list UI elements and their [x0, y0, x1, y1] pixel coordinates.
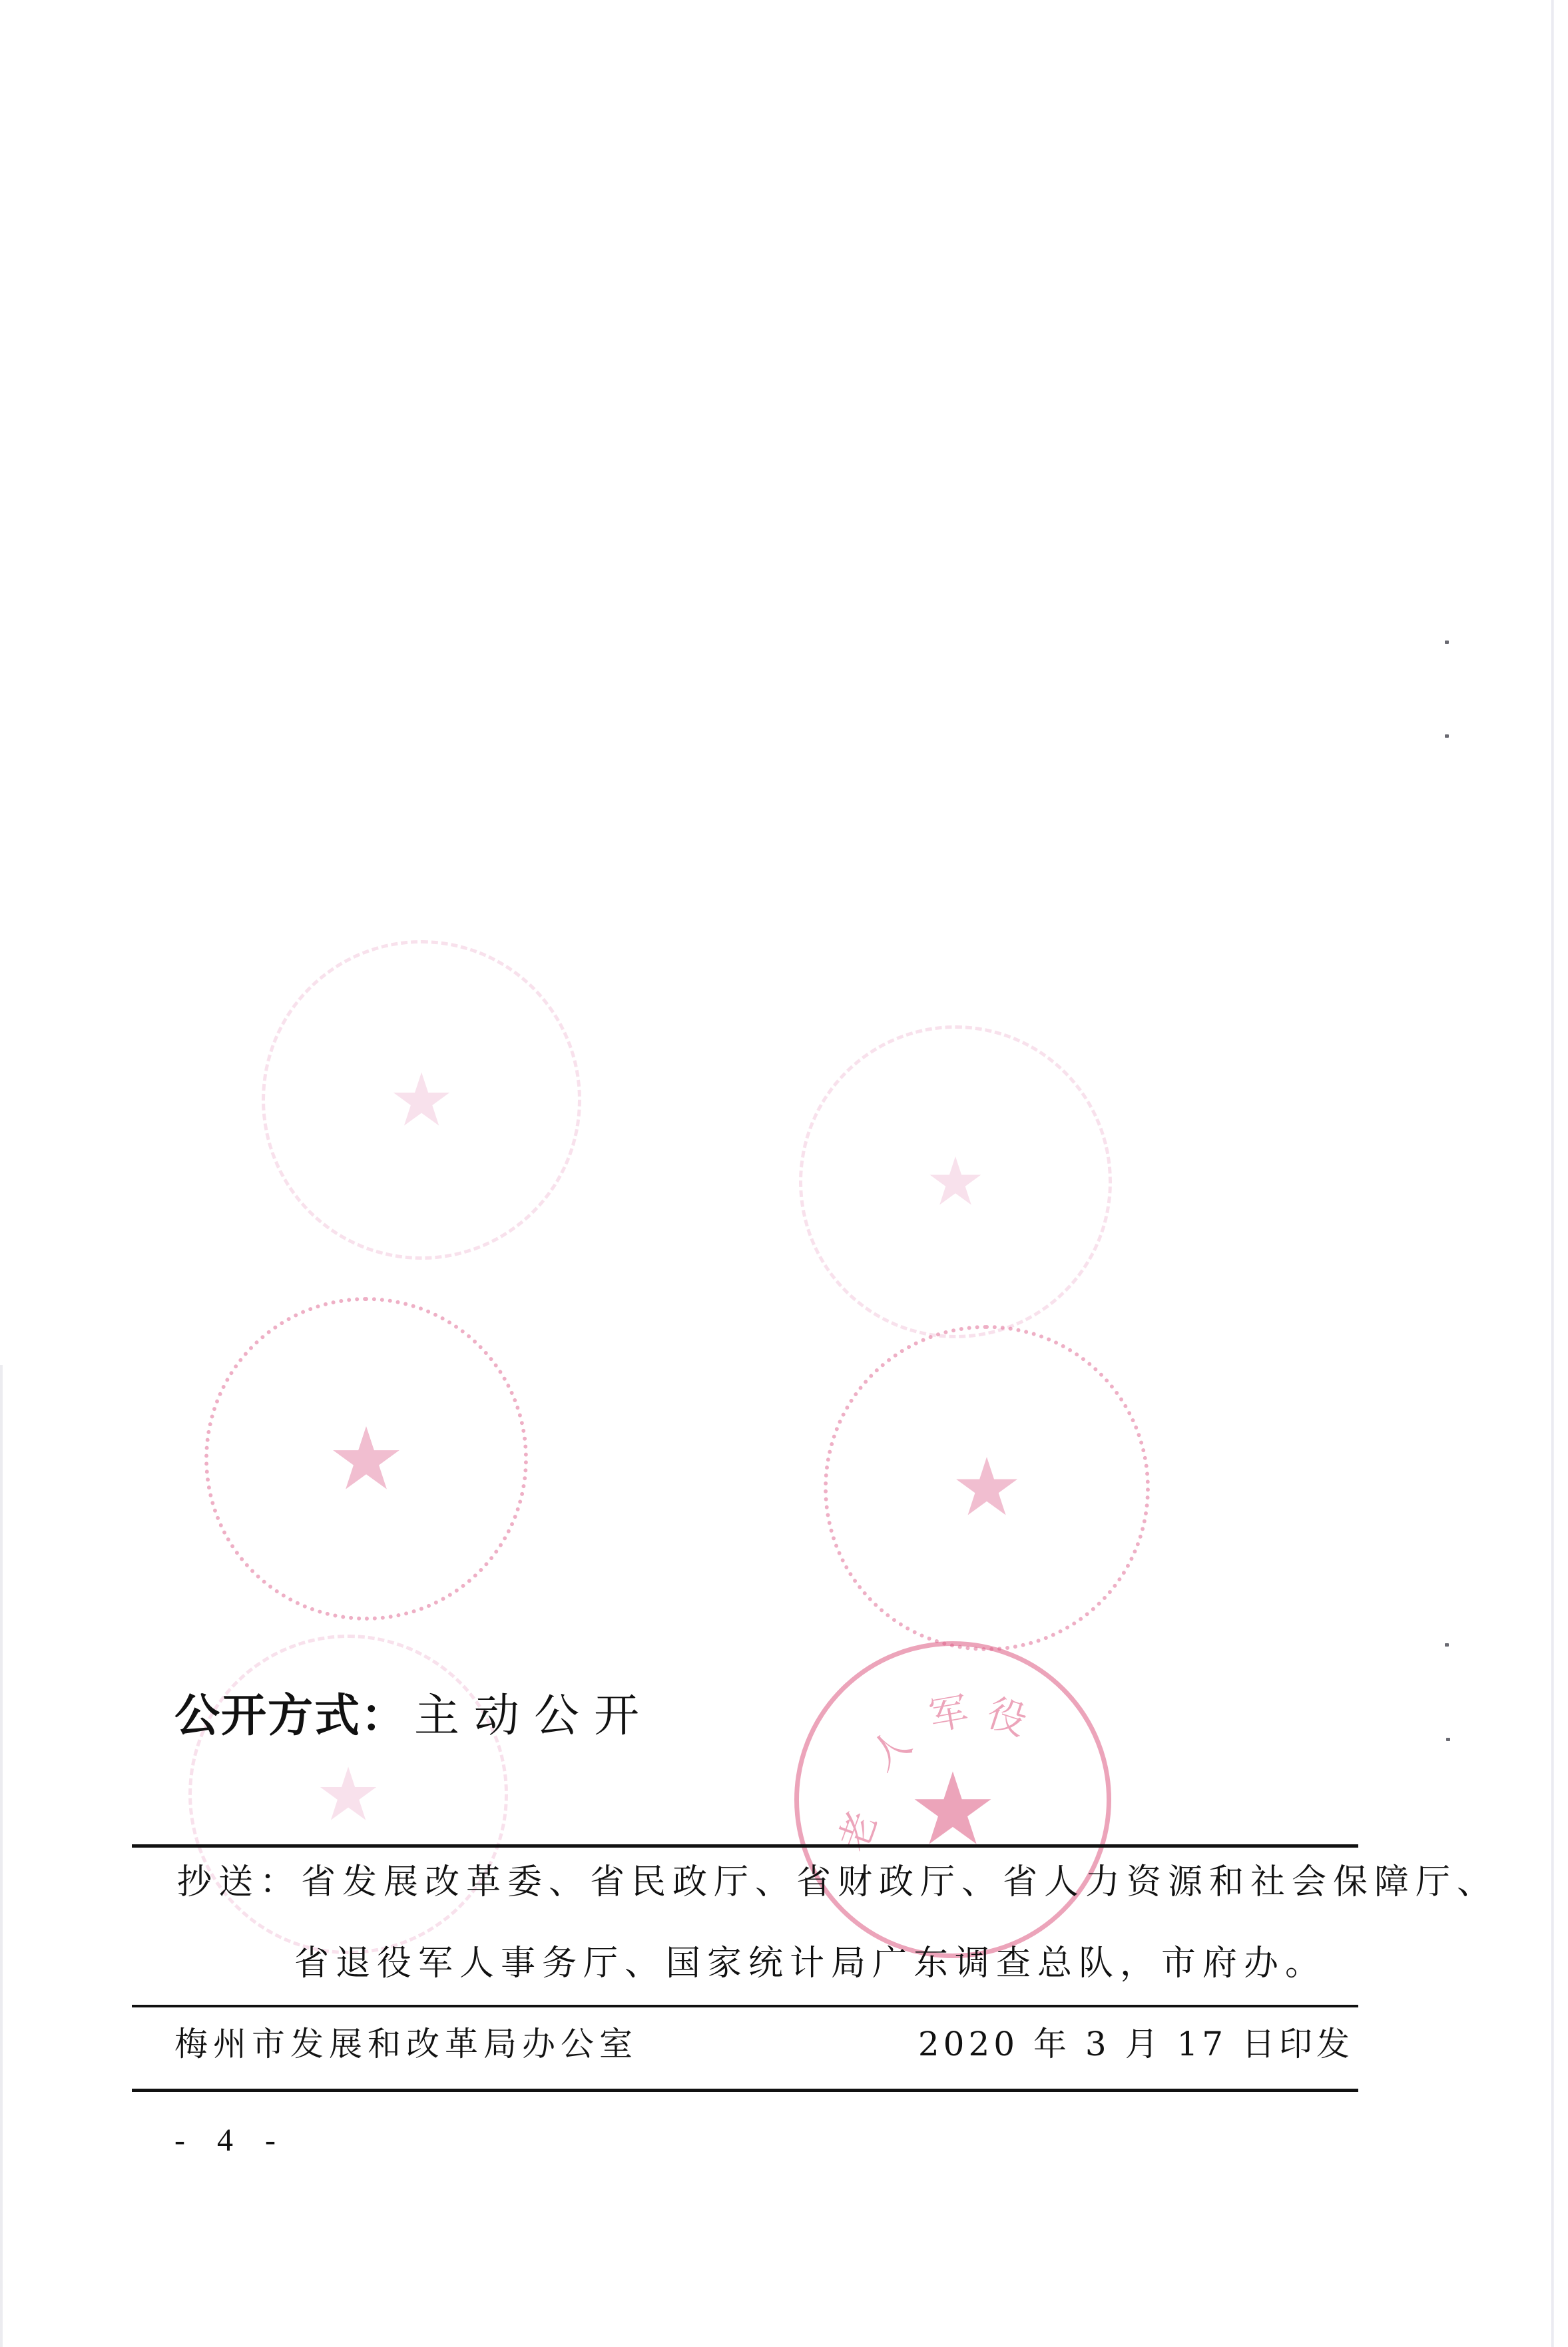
divider-middle — [132, 2005, 1358, 2007]
seal-char: 军 — [924, 1680, 972, 1742]
disclosure-label: 公开方式： — [174, 1690, 407, 1742]
divider-top — [132, 1844, 1358, 1848]
disclosure-value: 主动公开 — [414, 1690, 654, 1742]
scan-mark — [1446, 1738, 1450, 1741]
scan-mark — [1445, 641, 1449, 644]
issuing-office: 梅州市发展和改革局办公室 — [174, 2021, 638, 2067]
official-seal: ★ — [204, 1297, 528, 1621]
official-seal: ★ — [262, 940, 581, 1260]
cc-recipients-line-2: 省退役军人事务厅、国家统计局广东调查总队，市府办。 — [294, 1940, 1326, 1987]
page-number: - 4 - — [174, 2117, 288, 2164]
seal-char: 役 — [981, 1681, 1035, 1746]
official-seal: ★ — [188, 1635, 508, 1954]
seal-star-icon: ★ — [389, 1063, 455, 1137]
seal-star-icon: ★ — [316, 1758, 382, 1831]
cc-recipients-line-1: 抄送：省发展改革委、省民政厅、省财政厅、省人力资源和社会保障厅、 — [177, 1859, 1498, 1906]
seal-char: 人 — [856, 1713, 921, 1781]
scan-mark — [1445, 1643, 1449, 1647]
divider-bottom — [132, 2089, 1358, 2092]
seal-star-icon: ★ — [328, 1416, 405, 1502]
official-seal: ★ — [824, 1325, 1150, 1651]
scan-mark — [1445, 734, 1449, 738]
print-date: 2020 年 3 月 17 日印发 — [918, 2021, 1354, 2067]
official-seal: ★ — [799, 1025, 1112, 1338]
page-edge-left — [0, 1365, 3, 2347]
disclosure-method: 公开方式：主动公开 — [174, 1685, 654, 1748]
official-seal: ★ 老 人 军 役 — [794, 1641, 1111, 1958]
seal-star-icon: ★ — [951, 1448, 1023, 1528]
page-edge-right — [1551, 0, 1554, 2347]
seal-star-icon: ★ — [925, 1149, 985, 1215]
seal-char: 老 — [822, 1802, 888, 1858]
